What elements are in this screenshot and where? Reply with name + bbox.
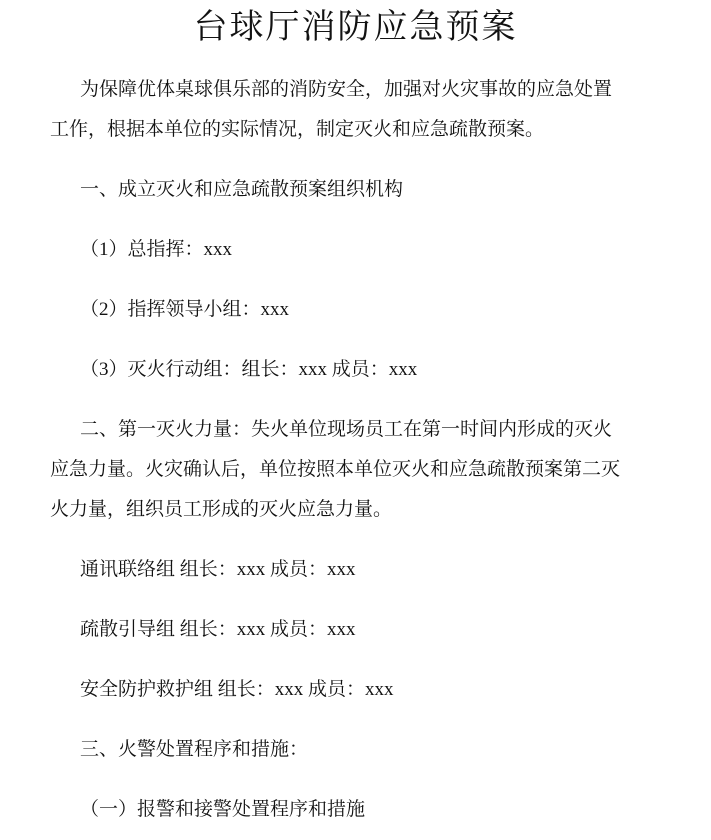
document-page: 台球厅消防应急预案 为保障优体桌球俱乐部的消防安全，加强对火灾事故的应急处置 工… (0, 0, 711, 840)
paragraph-intro: 为保障优体桌球俱乐部的消防安全，加强对火灾事故的应急处置 工作，根据本单位的实际… (50, 70, 661, 150)
document-title: 台球厅消防应急预案 (50, 6, 661, 50)
item-alarm-and-response-procedures: （一）报警和接警处置程序和措施 (50, 790, 661, 830)
item-evacuation-guide-group: 疏散引导组 组长：xxx 成员：xxx (50, 610, 661, 650)
item-chief-commander: （1）总指挥：xxx (50, 230, 661, 270)
paragraph-section-two-first-fire-force: 二、第一灭火力量：失火单位现场员工在第一时间内形成的灭火 应急力量。火灾确认后，… (50, 410, 661, 530)
item-safety-protection-rescue-group: 安全防护救护组 组长：xxx 成员：xxx (50, 670, 661, 710)
item-fire-action-group: （3）灭火行动组：组长：xxx 成员：xxx (50, 350, 661, 390)
heading-section-three-fire-alarm-procedures: 三、火警处置程序和措施： (50, 730, 661, 770)
heading-section-one-organization: 一、成立灭火和应急疏散预案组织机构 (50, 170, 661, 210)
item-command-leading-group: （2）指挥领导小组：xxx (50, 290, 661, 330)
item-communication-liaison-group: 通讯联络组 组长：xxx 成员：xxx (50, 550, 661, 590)
